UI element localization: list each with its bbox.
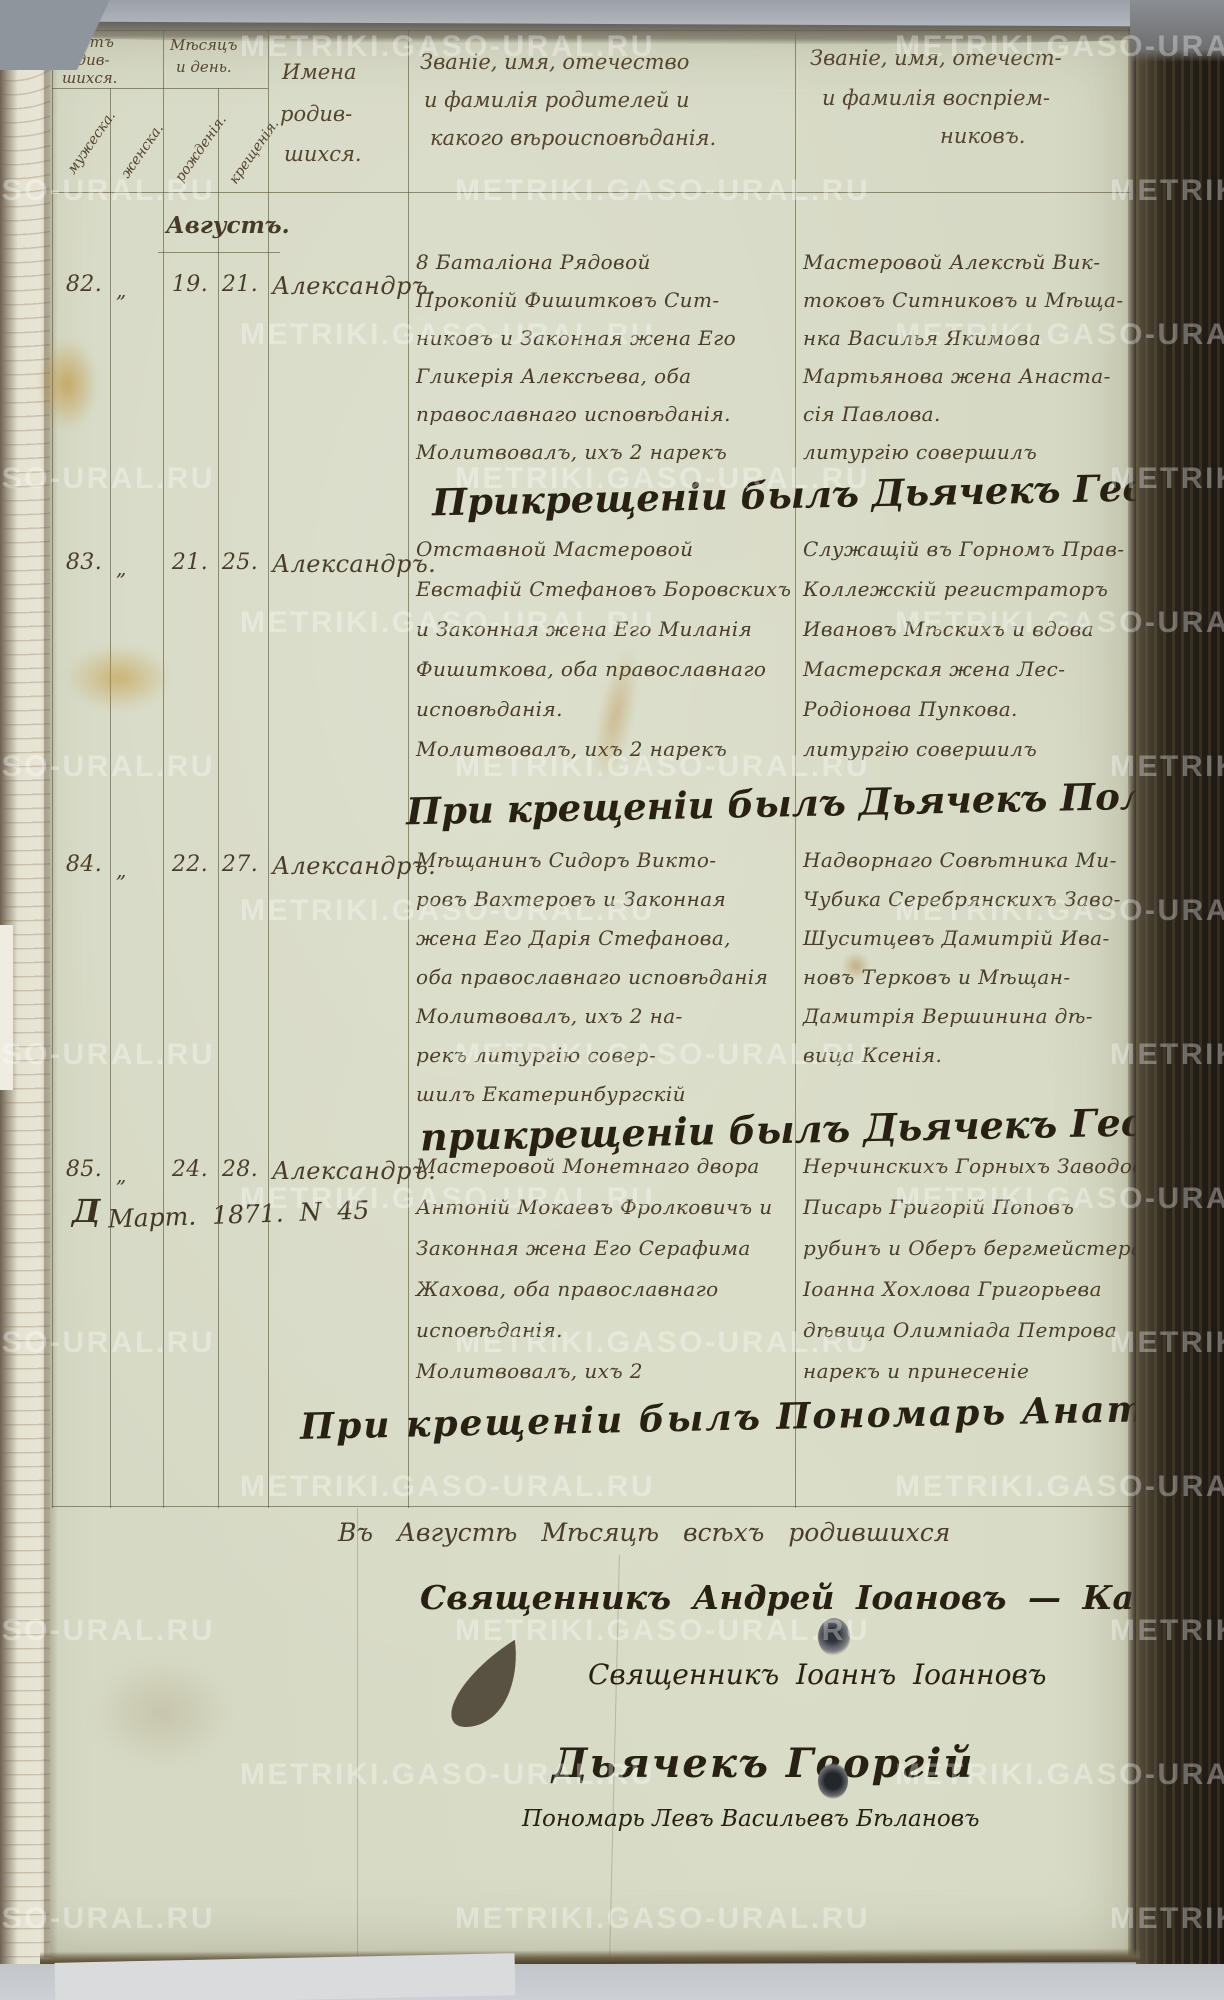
entry-number: 85. — [56, 1157, 112, 1182]
signature-priest-1: Священникъ Андрей Іоановъ — Ка — [420, 1578, 1134, 1617]
corner-top-right — [1130, 0, 1224, 62]
document-scan: Счетъ родив- шихся. Мѣсяцъ и день. мужес… — [0, 0, 1224, 2000]
corner-top-left — [0, 0, 165, 70]
parent-line: исповѣданія. — [416, 1318, 563, 1342]
register-entry: 85.„24.28.Александръ.Мастеровой Монетнаг… — [0, 0, 1224, 2000]
signature-ponomar: Пономарь Левъ Васильевъ Бѣлановъ — [522, 1806, 979, 1832]
entry-name: Александръ. — [272, 1157, 412, 1185]
parent-line: Жахова, оба православнаго — [416, 1277, 719, 1301]
signature-priest-2: Священникъ Іоаннъ Іоанновъ — [588, 1658, 1046, 1691]
entry-ditto: „ — [116, 1163, 136, 1187]
godparent-line: Писарь Григорій Поповъ — [803, 1195, 1074, 1219]
parent-line: Антоній Мокаевъ Фролковичъ и — [416, 1195, 773, 1219]
footer-summary-line: Въ Августѣ Мѣсяцѣ всѣхъ родившихся — [338, 1518, 950, 1547]
signature-sexton: Дьячекъ Георгій — [552, 1740, 974, 1787]
entry-born: 24. — [166, 1157, 214, 1182]
godparent-line: рубинъ и Оберъ бергмейстера — [803, 1236, 1143, 1260]
parent-line: Молитвовалъ, ихъ 2 — [416, 1359, 643, 1383]
book-pages-edge-band — [1136, 0, 1224, 2000]
godparent-line: нарекъ и принесеніе — [803, 1359, 1029, 1383]
godparent-line: дѣвица Олимпіада Петрова — [803, 1318, 1117, 1342]
entry-baptized: 28. — [214, 1157, 266, 1182]
parent-line: Законная жена Его Серафима — [416, 1236, 751, 1260]
godparent-line: Нерчинскихъ Горныхъ Заводовъ — [803, 1154, 1158, 1178]
page-right-edge — [1128, 26, 1136, 1958]
godparent-line: Іоанна Хохлова Григорьева — [803, 1277, 1102, 1301]
margin-note-mark: Д — [72, 1192, 100, 1230]
